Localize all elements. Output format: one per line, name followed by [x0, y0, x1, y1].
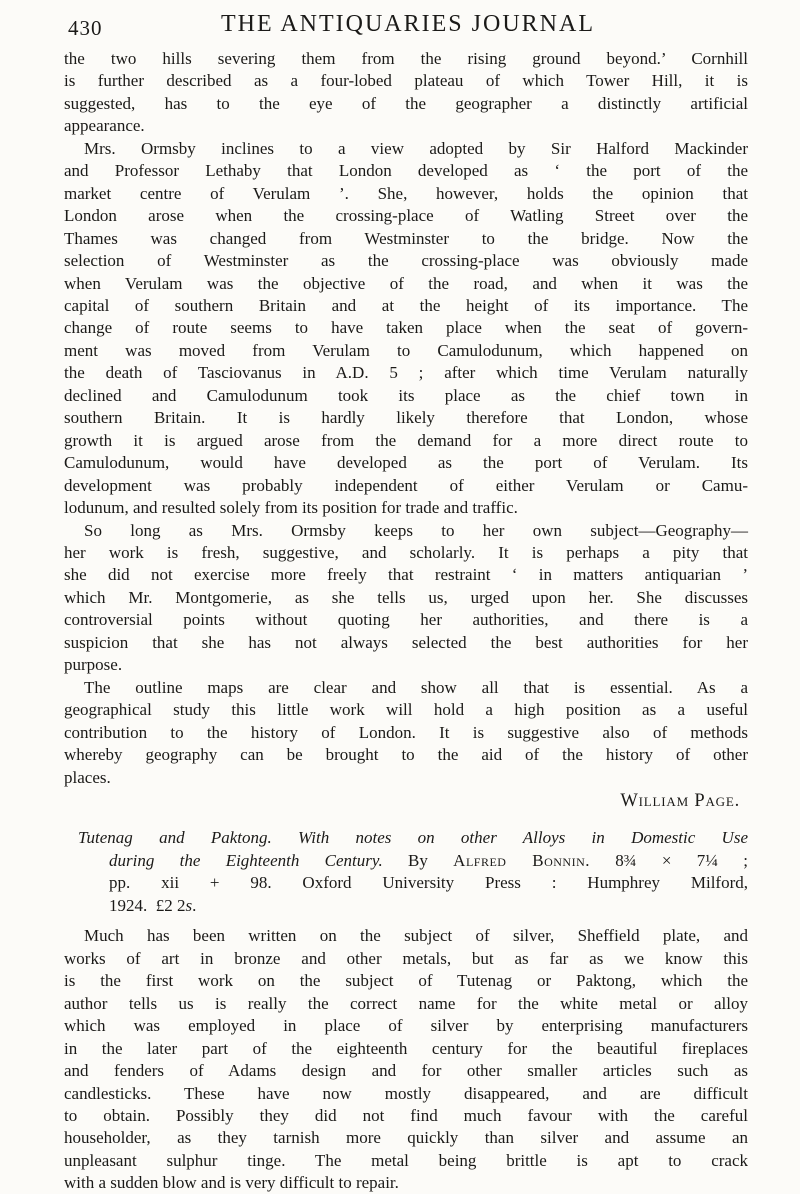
text-line: places.	[64, 767, 748, 789]
paragraph: The outline maps are clear and show all …	[64, 677, 748, 789]
text-line: Mrs. Ormsby inclines to a view adopted b…	[64, 138, 748, 160]
paragraph: Much has been written on the subject of …	[64, 925, 748, 1194]
citation-segment-roman: 8¾ × 7¼ ;	[590, 851, 748, 870]
text-line: in the later part of the eighteenth cent…	[64, 1038, 748, 1060]
text-line: is the first work on the subject of Tute…	[64, 970, 748, 992]
text-line: whereby geography can be brought to the …	[64, 744, 748, 766]
page-header: 430 THE ANTIQUARIES JOURNAL	[0, 10, 800, 44]
text-line: Much has been written on the subject of …	[64, 925, 748, 947]
citation-segment-roman: By	[383, 851, 453, 870]
text-line: which was employed in place of silver by…	[64, 1015, 748, 1037]
citation-segment-smallcaps: Alfred Bonnin.	[453, 851, 590, 870]
text-line: which Mr. Montgomerie, as she tells us, …	[64, 587, 748, 609]
paragraph: So long as Mrs. Ormsby keeps to her own …	[64, 520, 748, 677]
review-ormsby-conclusion: the two hills severing them from the ris…	[64, 48, 748, 789]
text-line: controversial points without quoting her…	[64, 609, 748, 631]
text-line: lodunum, and resulted solely from its po…	[64, 497, 748, 519]
paragraph: Mrs. Ormsby inclines to a view adopted b…	[64, 138, 748, 520]
text-line: contribution to the history of London. I…	[64, 722, 748, 744]
text-line: Camulodunum, would have developed as the…	[64, 452, 748, 474]
text-line: development was probably independent of …	[64, 475, 748, 497]
text-line: author tells us is really the correct na…	[64, 993, 748, 1015]
page-text-column: the two hills severing them from the ris…	[64, 48, 748, 1194]
reviewer-signature: William Page.	[64, 790, 748, 813]
citation-segment-roman: 1924. £2 2	[109, 896, 186, 915]
text-line: selection of Westminster as the crossing…	[64, 250, 748, 272]
review-bonnin-body: Much has been written on the subject of …	[64, 925, 748, 1194]
citation-line: pp. xii + 98. Oxford University Press : …	[64, 872, 748, 895]
citation-segment-roman: .	[192, 896, 196, 915]
text-line: the death of Tasciovanus in A.D. 5 ; aft…	[64, 362, 748, 384]
text-line: she did not exercise more freely that re…	[64, 564, 748, 586]
text-line: declined and Camulodunum took its place …	[64, 385, 748, 407]
text-line: So long as Mrs. Ormsby keeps to her own …	[64, 520, 748, 542]
text-line: suspicion that she has not always select…	[64, 632, 748, 654]
citation-segment-italic: during the Eighteenth Century.	[109, 851, 383, 870]
text-line: with a sudden blow and is very difficult…	[64, 1172, 748, 1194]
text-line: purpose.	[64, 654, 748, 676]
text-line: and Professor Lethaby that London develo…	[64, 160, 748, 182]
text-line: Thames was changed from Westminster to t…	[64, 228, 748, 250]
citation-segment-roman: pp. xii + 98. Oxford University Press : …	[109, 873, 748, 892]
text-line: market centre of Verulam ’. She, however…	[64, 183, 748, 205]
text-line: suggested, has to the eye of the geograp…	[64, 93, 748, 115]
text-line: unpleasant sulphur tinge. The metal bein…	[64, 1150, 748, 1172]
book-citation-heading: Tutenag and Paktong. With notes on other…	[64, 827, 748, 917]
text-line: is further described as a four-lobed pla…	[64, 70, 748, 92]
text-line: ment was moved from Verulam to Camulodun…	[64, 340, 748, 362]
citation-line: during the Eighteenth Century. By Alfred…	[64, 850, 748, 873]
text-line: geographical study this little work will…	[64, 699, 748, 721]
citation-segment-italic: Tutenag and Paktong. With notes on other…	[78, 828, 748, 847]
text-line: The outline maps are clear and show all …	[64, 677, 748, 699]
text-line: southern Britain. It is hardly likely th…	[64, 407, 748, 429]
paragraph: the two hills severing them from the ris…	[64, 48, 748, 138]
text-line: to obtain. Possibly they did not find mu…	[64, 1105, 748, 1127]
text-line: her work is fresh, suggestive, and schol…	[64, 542, 748, 564]
text-line: change of route seems to have taken plac…	[64, 317, 748, 339]
text-line: London arose when the crossing-place of …	[64, 205, 748, 227]
text-line: growth it is argued arose from the deman…	[64, 430, 748, 452]
citation-line: Tutenag and Paktong. With notes on other…	[64, 827, 748, 850]
text-line: candlesticks. These have now mostly disa…	[64, 1083, 748, 1105]
text-line: capital of southern Britain and at the h…	[64, 295, 748, 317]
text-line: when Verulam was the objective of the ro…	[64, 273, 748, 295]
text-line: appearance.	[64, 115, 748, 137]
text-line: householder, as they tarnish more quickl…	[64, 1127, 748, 1149]
text-line: works of art in bronze and other metals,…	[64, 948, 748, 970]
text-line: the two hills severing them from the ris…	[64, 48, 748, 70]
citation-line: 1924. £2 2s.	[64, 895, 748, 918]
journal-page: 430 THE ANTIQUARIES JOURNAL the two hill…	[0, 0, 800, 1194]
text-line: and fenders of Adams design and for othe…	[64, 1060, 748, 1082]
journal-title: THE ANTIQUARIES JOURNAL	[8, 11, 800, 38]
